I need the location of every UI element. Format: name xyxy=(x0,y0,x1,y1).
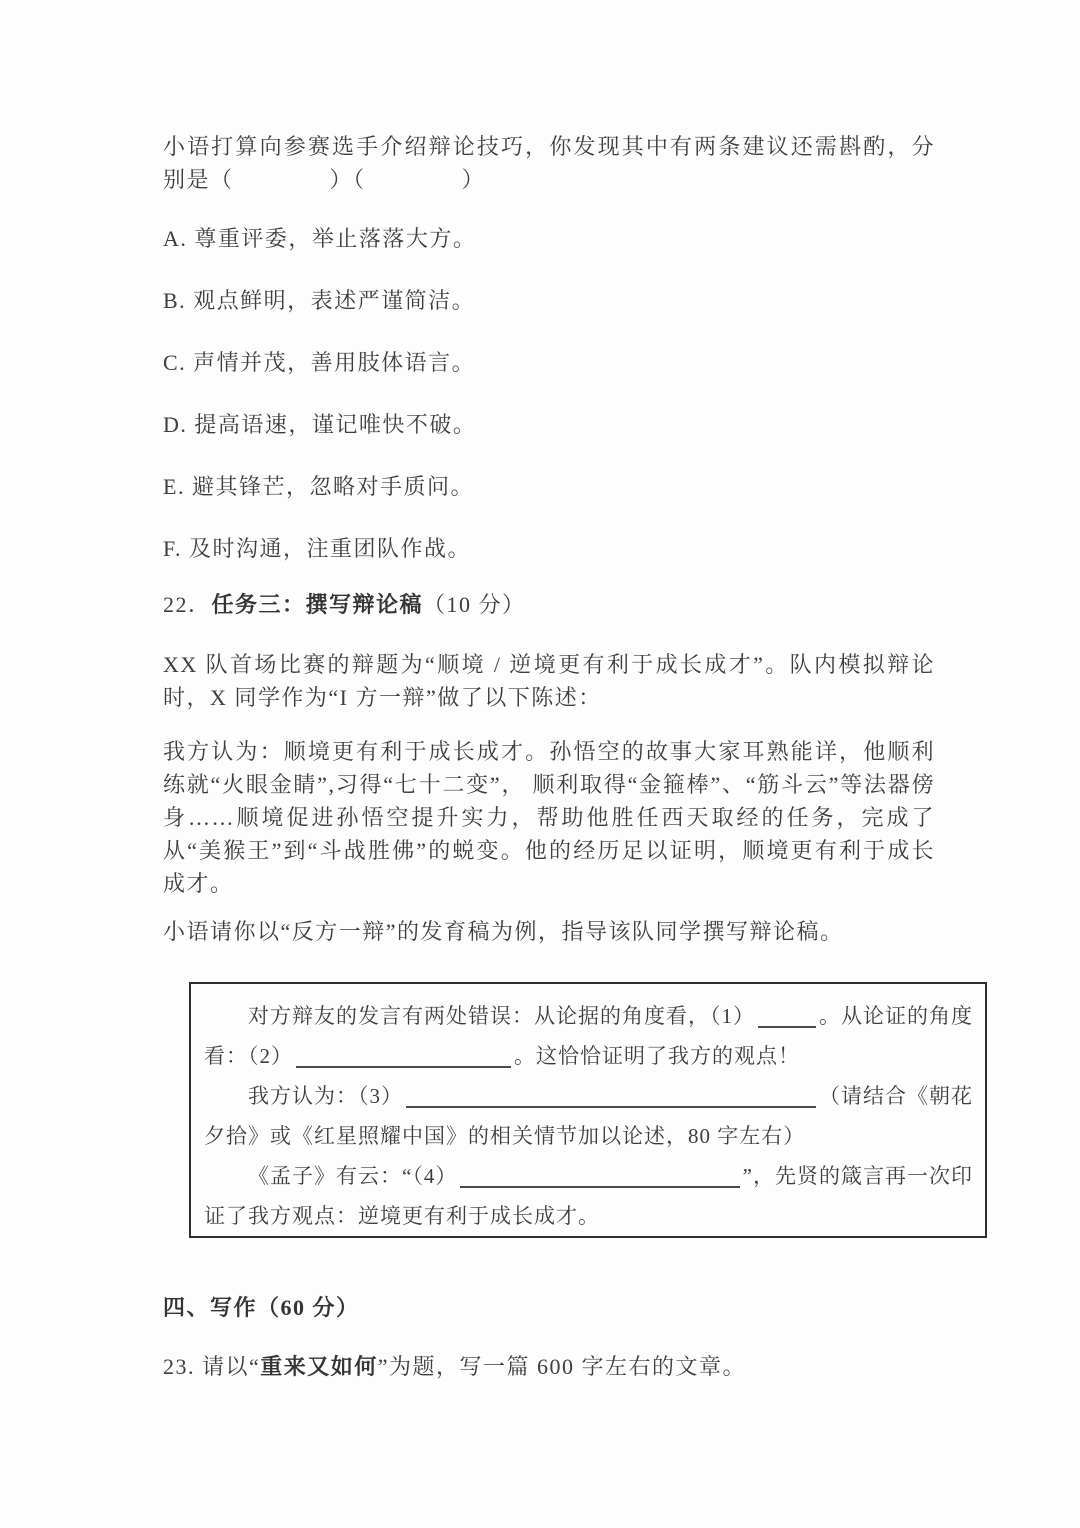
box-line5-tail: ”，先贤的箴言再一次印 xyxy=(743,1156,973,1196)
q23-post: ”为题，写一篇 600 字左右的文章。 xyxy=(378,1354,746,1379)
q21-option-b: B. 观点鲜明，表述严谨简洁。 xyxy=(163,284,935,317)
answer-blank-4 xyxy=(460,1162,739,1188)
q22-statement: 我方认为：顺境更有利于成长成才。孙悟空的故事大家耳熟能详，他顺利练就“火眼金睛”… xyxy=(163,735,935,900)
box-line-3: 我方认为：（3） （请结合《朝花 xyxy=(204,1076,973,1116)
q21-option-c: C. 声情并茂，善用肢体语言。 xyxy=(163,346,935,379)
q22-intro: XX 队首场比赛的辩题为“顺境 / 逆境更有利于成长成才”。队内模拟辩论时，X … xyxy=(163,648,935,714)
q21-option-a: A. 尊重评委，举止落落大方。 xyxy=(163,222,935,255)
paren-close-1: ） xyxy=(330,167,354,192)
q21-prompt: 小语打算向参赛选手介绍辩论技巧，你发现其中有两条建议还需斟酌，分别是（）（） xyxy=(163,130,935,196)
box-line6-text: 证了我方观点：逆境更有利于成长成才。 xyxy=(204,1196,600,1236)
section4-heading: 四、写作（60 分） xyxy=(163,1291,935,1324)
answer-blank-1 xyxy=(758,1002,816,1028)
box-line1-text: 对方辩友的发言有两处错误：从论据的角度看，（1） xyxy=(248,996,755,1036)
q22-heading: 22．任务三：撰写辩论稿（10 分） xyxy=(163,588,935,621)
q22-instruction: 小语请你以“反方一辩”的发育稿为例，指导该队同学撰写辩论稿。 xyxy=(163,915,935,948)
q22-answer-box: 对方辩友的发言有两处错误：从论据的角度看，（1） 。从论证的角度 看：（2） 。… xyxy=(189,982,987,1238)
box-line2-text: 看：（2） xyxy=(204,1036,293,1076)
paren-open-2: （ xyxy=(353,167,366,192)
box-line-1: 对方辩友的发言有两处错误：从论据的角度看，（1） 。从论证的角度 xyxy=(204,996,973,1036)
box-line-4: 夕拾》或《红星照耀中国》的相关情节加以论述，80 字左右） xyxy=(204,1116,973,1156)
box-line-2: 看：（2） 。这恰恰证明了我方的观点！ xyxy=(204,1036,973,1076)
box-line-5: 《孟子》有云：“（4） ”，先贤的箴言再一次印 xyxy=(204,1156,973,1196)
q23-text: 23. 请以“重来又如何”为题，写一篇 600 字左右的文章。 xyxy=(163,1350,935,1383)
paren-open-1: （ xyxy=(210,167,234,192)
q21-option-e: E. 避其锋芒，忽略对手质问。 xyxy=(163,470,935,503)
q22-number: 22． xyxy=(163,592,212,617)
answer-blank-2 xyxy=(296,1042,511,1068)
box-line3-text: 我方认为：（3） xyxy=(248,1076,403,1116)
q22-score: （10 分） xyxy=(423,592,526,617)
paren-close-2: ） xyxy=(462,167,486,192)
q21-prompt-text: 小语打算向参赛选手介绍辩论技巧，你发现其中有两条建议还需斟酌，分别是 xyxy=(163,134,935,192)
q21-option-f: F. 及时沟通，注重团队作战。 xyxy=(163,532,935,565)
box-line-6: 证了我方观点：逆境更有利于成长成才。 xyxy=(204,1196,973,1236)
box-line4-text: 夕拾》或《红星照耀中国》的相关情节加以论述，80 字左右） xyxy=(204,1116,805,1156)
q23-essay-title: 重来又如何 xyxy=(260,1354,378,1379)
q23-pre: 23. 请以“ xyxy=(163,1354,260,1379)
box-line3-tail: （请结合《朝花 xyxy=(819,1076,973,1116)
box-line2-tail: 。这恰恰证明了我方的观点！ xyxy=(514,1036,800,1076)
box-line5-text: 《孟子》有云：“（4） xyxy=(248,1156,457,1196)
q22-title: 任务三：撰写辩论稿 xyxy=(212,592,424,617)
answer-blank-3 xyxy=(406,1082,816,1108)
exam-page: 小语打算向参赛选手介绍辩论技巧，你发现其中有两条建议还需斟酌，分别是（）（） A… xyxy=(0,0,1080,1528)
box-line1-tail: 。从论证的角度 xyxy=(819,996,973,1036)
q21-option-d: D. 提高语速，谨记唯快不破。 xyxy=(163,408,935,441)
